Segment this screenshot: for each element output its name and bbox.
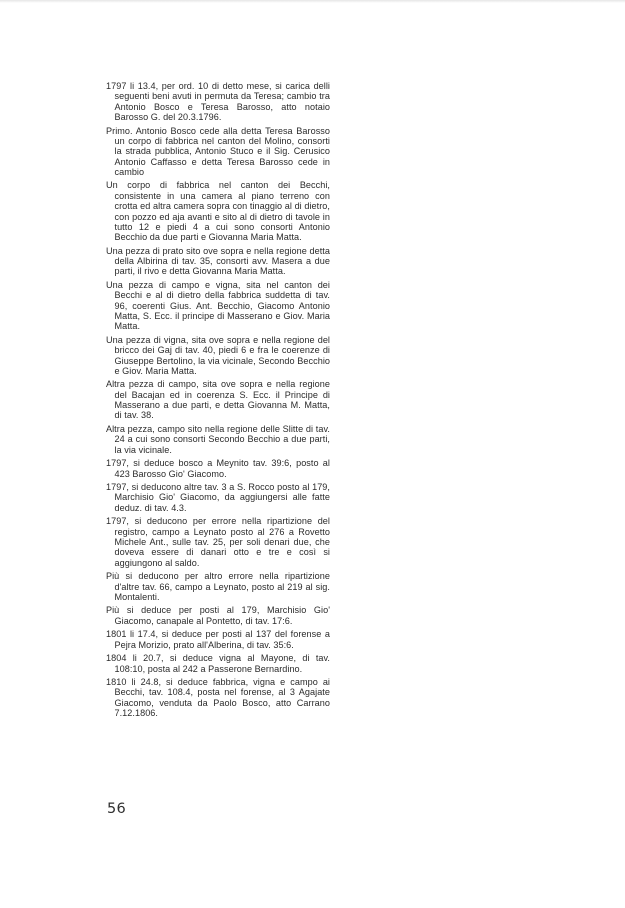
- register-entry: 1810 li 24.8, si deduce fabbrica, vigna …: [106, 677, 330, 718]
- register-entry: 1797 li 13.4, per ord. 10 di detto mese,…: [106, 81, 330, 122]
- page-top-edge: [0, 0, 625, 3]
- register-entry: Primo. Antonio Bosco cede alla detta Ter…: [106, 126, 330, 178]
- register-entry: Una pezza di prato sito ove sopra e nell…: [106, 246, 330, 277]
- register-entry: Una pezza di campo e vigna, sita nel can…: [106, 280, 330, 332]
- register-entry: Una pezza di vigna, sita ove sopra e nel…: [106, 335, 330, 376]
- register-entry: Più si deduce per posti al 179, Marchisi…: [106, 605, 330, 626]
- register-entry: 1804 li 20.7, si deduce vigna al Mayone,…: [106, 653, 330, 674]
- register-entry: 1797, si deduce bosco a Meynito tav. 39:…: [106, 458, 330, 479]
- register-entry: 1797, si deducono per errore nella ripar…: [106, 516, 330, 568]
- register-entry: Altra pezza, campo sito nella regione de…: [106, 424, 330, 455]
- register-entry: 1797, si deducono altre tav. 3 a S. Rocc…: [106, 482, 330, 513]
- register-entry: Più si deducono per altro errore nella r…: [106, 571, 330, 602]
- text-column: 1797 li 13.4, per ord. 10 di detto mese,…: [106, 81, 330, 722]
- register-entry: Altra pezza di campo, sita ove sopra e n…: [106, 379, 330, 420]
- page-number: 56: [107, 801, 126, 817]
- register-entry: 1801 li 17.4, si deduce per posti al 137…: [106, 629, 330, 650]
- register-entry: Un corpo di fabbrica nel canton dei Becc…: [106, 180, 330, 242]
